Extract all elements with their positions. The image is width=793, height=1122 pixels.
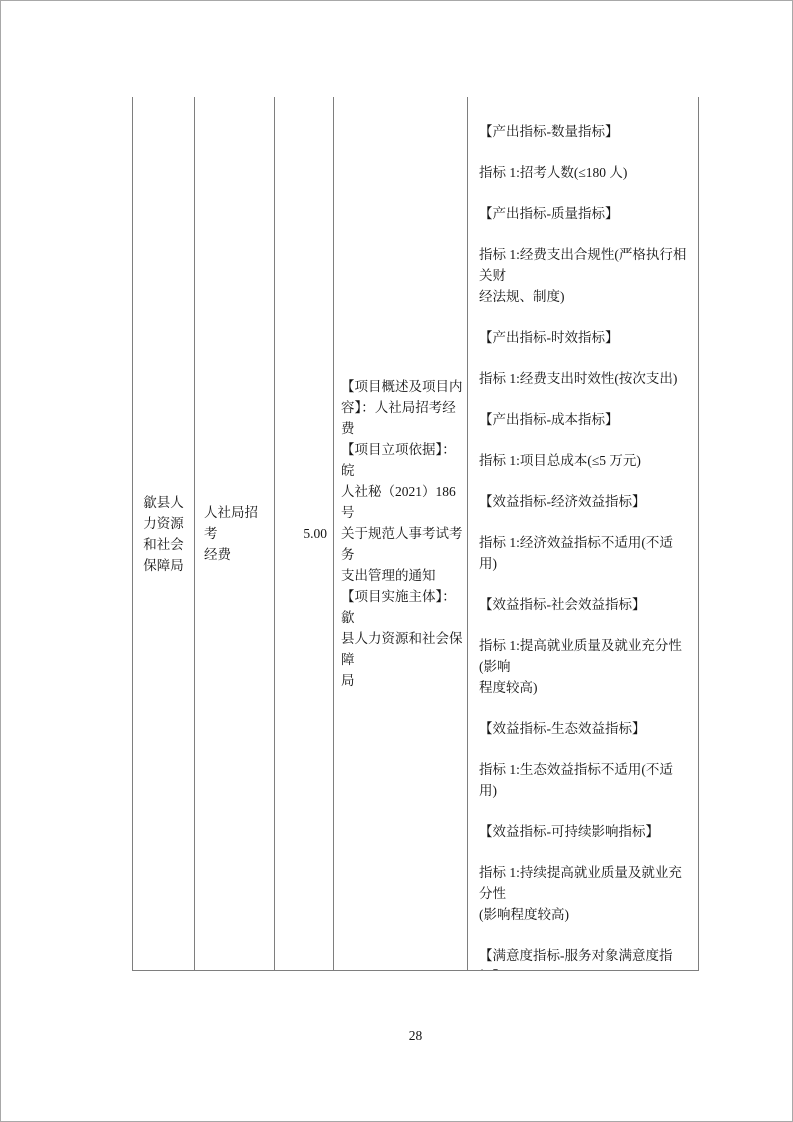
page-number: 28 xyxy=(132,1027,699,1045)
indicator-paragraph: 指标 1:提高就业质量及就业充分性(影响 程度较高) xyxy=(479,635,690,698)
indicator-paragraph: 【效益指标-生态效益指标】 xyxy=(479,718,690,739)
indicator-paragraph: 人社局招考经费 xyxy=(479,97,690,101)
indicator-paragraph: 指标 1:项目总成本(≤5 万元) xyxy=(479,450,690,471)
indicator-paragraph: 【产出指标-数量指标】 xyxy=(479,121,690,142)
indicator-paragraph: 【效益指标-社会效益指标】 xyxy=(479,594,690,615)
indicator-paragraph: 【效益指标-可持续影响指标】 xyxy=(479,821,690,842)
budget-performance-table: 歙县人 力资源 和社会 保障局 人社局招考 经费 5.00 【项目概述及项目内 … xyxy=(132,97,699,971)
document-page: 歙县人 力资源 和社会 保障局 人社局招考 经费 5.00 【项目概述及项目内 … xyxy=(0,0,793,1122)
indicator-paragraph: 【产出指标-时效指标】 xyxy=(479,327,690,348)
indicator-paragraph: 【产出指标-成本指标】 xyxy=(479,409,690,430)
indicator-paragraph: 指标 1:经济效益指标不适用(不适用) xyxy=(479,532,690,574)
cell-department: 歙县人 力资源 和社会 保障局 xyxy=(133,97,195,970)
indicator-paragraph: 【产出指标-质量指标】 xyxy=(479,203,690,224)
indicator-paragraph: 指标 1:生态效益指标不适用(不适用) xyxy=(479,759,690,801)
cell-performance-indicators: 【总体目标】人社局招考经费【产出指标-数量指标】指标 1:招考人数(≤180 人… xyxy=(468,97,698,970)
cell-project-name: 人社局招考 经费 xyxy=(195,97,275,970)
indicator-paragraph: 指标 1:招考人数(≤180 人) xyxy=(479,162,690,183)
cell-amount: 5.00 xyxy=(275,97,334,970)
indicator-paragraph: 指标 1:经费支出时效性(按次支出) xyxy=(479,368,690,389)
cell-project-overview: 【项目概述及项目内 容】：人社局招考经费 【项目立项依据】：皖 人社秘（2021… xyxy=(334,97,468,970)
indicator-paragraph: 【满意度指标-服务对象满意度指标】 xyxy=(479,945,690,970)
indicator-paragraph: 指标 1:经费支出合规性(严格执行相关财 经法规、制度) xyxy=(479,244,690,307)
indicator-paragraph: 指标 1:持续提高就业质量及就业充分性 (影响程度较高) xyxy=(479,862,690,925)
indicator-paragraph: 【效益指标-经济效益指标】 xyxy=(479,491,690,512)
